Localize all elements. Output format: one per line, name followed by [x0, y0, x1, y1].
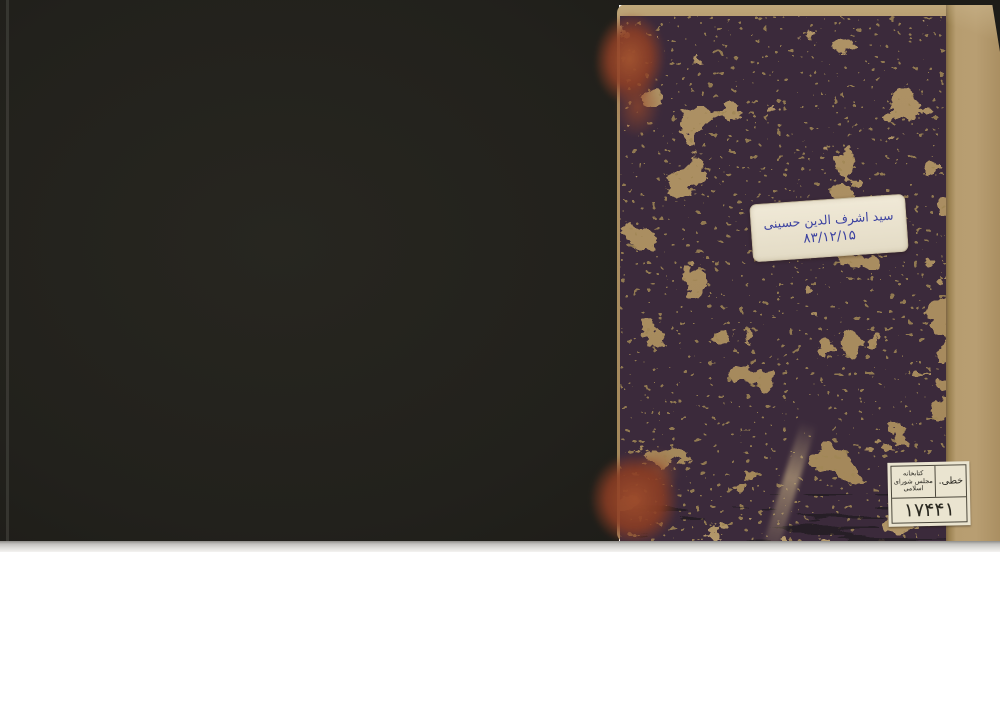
library-sticker-top-row: کتابخانه مجلس شورای اسلامی خطی.: [891, 465, 966, 499]
flap-top-crease: [946, 4, 1000, 50]
black-backdrop: [0, 0, 619, 541]
accession-number: ۱۷۴۴۱: [892, 497, 966, 522]
library-sticker-table: کتابخانه مجلس شورای اسلامی خطی. ۱۷۴۴۱: [890, 464, 967, 524]
worn-leather-patch-top-left: [588, 8, 677, 139]
top-black-strip: [619, 0, 1000, 5]
scan-shadow-strip: [0, 541, 1000, 552]
library-sticker: کتابخانه مجلس شورای اسلامی خطی. ۱۷۴۴۱: [887, 461, 970, 527]
worn-leather-patch-bottom-left: [580, 439, 687, 550]
catalog-sticker: سید اشرف الدین حسینی ۸۳/۱۲/۱۵: [749, 194, 909, 263]
library-name-line3: اسلامی: [903, 485, 923, 493]
library-name: کتابخانه مجلس شورای اسلامی: [891, 466, 936, 498]
backdrop-edge-line: [6, 0, 9, 541]
manuscript-type-label: خطی.: [936, 465, 966, 497]
scanned-manuscript-cover-image: سید اشرف الدین حسینی ۸۳/۱۲/۱۵ کتابخانه م…: [0, 0, 1000, 707]
